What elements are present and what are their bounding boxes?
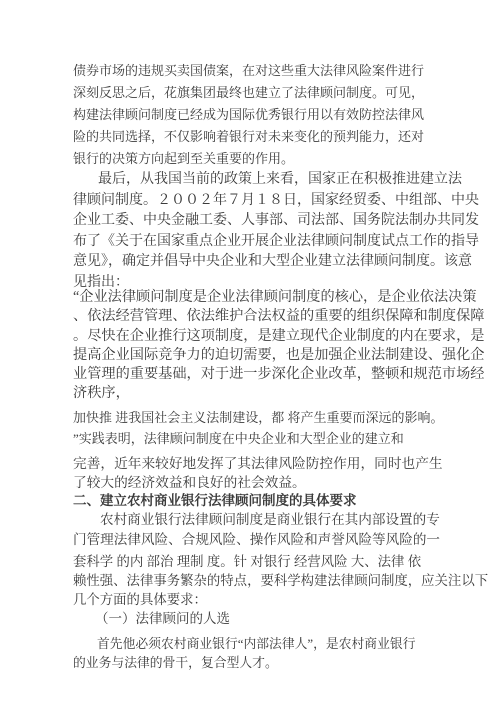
text-line: 布了《关于在国家重点企业开展企业法律顾问制度试点工作的指导	[73, 232, 479, 253]
text-line: （一）法律顾问的人选	[73, 610, 230, 628]
text-line: 完善，近年来较好地发挥了其法律风险防控作用，同时也产生	[73, 455, 443, 474]
text-line: 几个方面的具体要求：	[73, 591, 488, 610]
text-line: 。尽快在企业推行这项制度，是建立现代企业制度的内在要求，是	[73, 327, 484, 346]
text-line: 的业务与法律的骨干，复合型人才。	[73, 654, 416, 673]
text-line: ”实践表明，法律顾问制度在中央企业和大型企业的建立和	[73, 428, 444, 449]
heading-section-two: 二、建立农村商业银行法律顾问制度的具体要求	[73, 492, 357, 510]
text-line: 律顾问制度。２００２年７月１８日，国家经贸委、中组部、中央	[73, 191, 479, 212]
text-line: 银行的决策方向起到至关重要的作用。	[73, 148, 424, 170]
paragraph-quote-conclusion: 加快推 进我国社会主义法制建设，都 将产生重要而深远的影响。”实践表明，法律顾问…	[73, 407, 444, 449]
text-line: 了较大的经济效益和良好的社会效益。	[73, 474, 443, 493]
paragraph-practice-results: 完善，近年来较好地发挥了其法律风险防控作用，同时也产生了较大的经济效益和良好的社…	[73, 455, 443, 492]
text-line: 赖性强、法律事务繁杂的特点，要科学构建法律顾问制度，应关注以下	[73, 572, 488, 591]
paragraph-guidance-quote: “企业法律顾问制度是企业法律顾问制度的核心，是企业依法决策、依法经营管理、依法维…	[73, 288, 484, 404]
text-line: 企业工委、中央金融工委、人事部、司法部、国务院法制办共同发	[73, 211, 479, 232]
text-line: 深刻反思之后，花旗集团最终也建立了法律顾问制度。可见，	[73, 82, 424, 104]
paragraph-candidate-criteria: 首先他必须农村商业银行“内部法律人”，是农村商业银行的业务与法律的骨干，复合型人…	[73, 635, 416, 672]
text-line: 二、建立农村商业银行法律顾问制度的具体要求	[73, 492, 357, 510]
text-line: 险的共同选择，不仅影响着银行对未来变化的预判能力，还对	[73, 126, 424, 148]
text-line: 套科学 的内 部治 理制 度。针 对银行 经营风险 大、法律 依	[73, 553, 488, 572]
paragraph-specific-requirements: 套科学 的内 部治 理制 度。针 对银行 经营风险 大、法律 依赖性强、法律事务…	[73, 553, 488, 609]
paragraph-national-policy: 最后，从我国当前的政策上来看，国家正在积极推进建立法律顾问制度。２００２年７月１…	[73, 170, 479, 293]
text-line: 、依法经营管理、依法维护合法权益的重要的组织保障和制度保障	[73, 307, 484, 326]
document-page: 债券市场的违规买卖国债案，在对这些重大法律风险案件进行深刻反思之后，花旗集团最终…	[0, 0, 500, 708]
text-line: 构建法律顾问制度已经成为国际优秀银行用以有效防控法律风	[73, 104, 424, 126]
text-line: 提高企业国际竞争力的迫切需要，也是加强企业法制建设、强化企	[73, 346, 484, 365]
text-line: 门管理法律风险、合规风险、操作风险和声誉风险等风险的一	[73, 530, 440, 550]
text-line: 业管理的重要基础，对于进一步深化企业改革，整顿和规范市场经	[73, 365, 484, 384]
paragraph-citibank-reflection: 债券市场的违规买卖国债案，在对这些重大法律风险案件进行深刻反思之后，花旗集团最终…	[73, 60, 424, 170]
text-line: “企业法律顾问制度是企业法律顾问制度的核心，是企业依法决策	[73, 288, 484, 307]
text-line: 债券市场的违规买卖国债案，在对这些重大法律风险案件进行	[73, 60, 424, 82]
text-line: 首先他必须农村商业银行“内部法律人”，是农村商业银行	[73, 635, 416, 654]
heading-item-one: （一）法律顾问的人选	[73, 610, 230, 628]
text-line: 意见》，确定并倡导中央企业和大型企业建立法律顾问制度。该意	[73, 252, 479, 273]
text-line: 加快推 进我国社会主义法制建设，都 将产生重要而深远的影响。	[73, 407, 444, 428]
paragraph-rcb-definition: 农村商业银行法律顾问制度是商业银行在其内部设置的专门管理法律风险、合规风险、操作…	[73, 510, 440, 549]
text-line: 济秩序，	[73, 384, 484, 403]
text-line: 最后，从我国当前的政策上来看，国家正在积极推进建立法	[73, 170, 479, 191]
text-line: 农村商业银行法律顾问制度是商业银行在其内部设置的专	[73, 510, 440, 530]
